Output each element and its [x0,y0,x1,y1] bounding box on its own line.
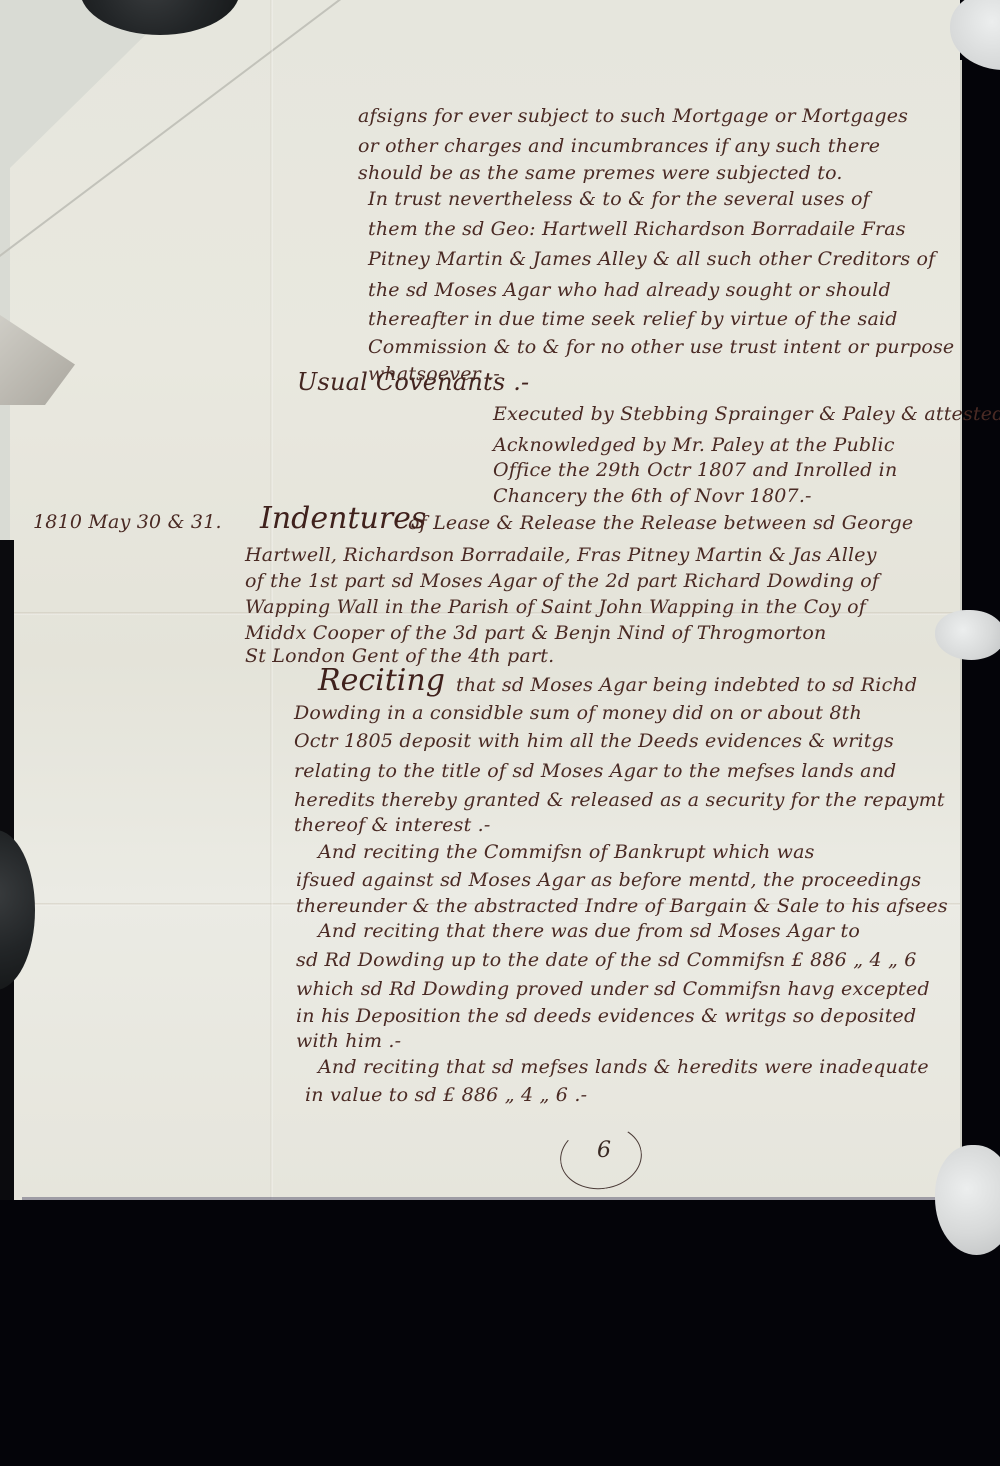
text-line: Wapping Wall in the Parish of Saint John… [245,598,866,617]
text-line: of Lease & Release the Release between s… [408,514,913,533]
text-line: And reciting that there was due from sd … [318,922,860,941]
text-line: in value to sd £ 886 „ 4 „ 6 .- [305,1086,587,1105]
section-heading: Usual Covenants .- [297,370,529,394]
text-line: Dowding in a considble sum of money did … [294,704,862,723]
text-line: Middx Cooper of the 3d part & Benjn Nind… [245,624,826,643]
page-number: 6 [597,1138,611,1163]
text-line: should be as the same premes were subjec… [358,164,843,183]
text-line: thereof & interest .- [294,816,491,835]
entry-heading: Indentures [260,504,426,534]
text-line: thereafter in due time seek relief by vi… [368,310,898,329]
text-line: them the sd Geo: Hartwell Richardson Bor… [368,220,906,239]
text-line: in his Deposition the sd deeds evidences… [296,1007,916,1026]
text-line: Executed by Stebbing Sprainger & Paley &… [493,405,1000,424]
text-line: that sd Moses Agar being indebted to sd … [456,676,917,695]
text-line: or other charges and incumbrances if any… [358,137,880,156]
text-line: afsigns for ever subject to such Mortgag… [358,107,908,126]
page-bottom-edge [22,1197,947,1200]
text-line: ifsued against sd Moses Agar as before m… [296,871,921,890]
text-line: Office the 29th Octr 1807 and Inrolled i… [493,461,897,480]
text-line: In trust nevertheless & to & for the sev… [368,190,870,209]
text-line: sd Rd Dowding up to the date of the sd C… [296,951,917,970]
entry-date: 1810 May 30 & 31. [33,513,222,532]
text-line: And reciting that sd mefses lands & here… [318,1058,929,1077]
text-line: Hartwell, Richardson Borradaile, Fras Pi… [245,546,877,565]
text-line: of the 1st part sd Moses Agar of the 2d … [245,572,879,591]
text-line: which sd Rd Dowding proved under sd Comm… [296,980,930,999]
text-line: the sd Moses Agar who had already sought… [368,281,891,300]
text-line: Chancery the 6th of Novr 1807.- [493,487,812,506]
text-line: relating to the title of sd Moses Agar t… [294,762,896,781]
photo-stage: afsigns for ever subject to such Mortgag… [0,0,1000,1466]
text-line: Pitney Martin & James Alley & all such o… [368,250,935,269]
text-line: And reciting the Commifsn of Bankrupt wh… [318,843,815,862]
text-line: with him .- [296,1032,401,1051]
text-line: heredits thereby granted & released as a… [294,791,945,810]
reciting-heading: Reciting [318,666,445,696]
text-line: Octr 1805 deposit with him all the Deeds… [294,732,894,751]
text-line: Commission & to & for no other use trust… [368,338,954,357]
text-line: Acknowledged by Mr. Paley at the Public [493,436,895,455]
text-line: thereunder & the abstracted Indre of Bar… [296,897,948,916]
cloth-weight-icon [935,1145,1000,1255]
